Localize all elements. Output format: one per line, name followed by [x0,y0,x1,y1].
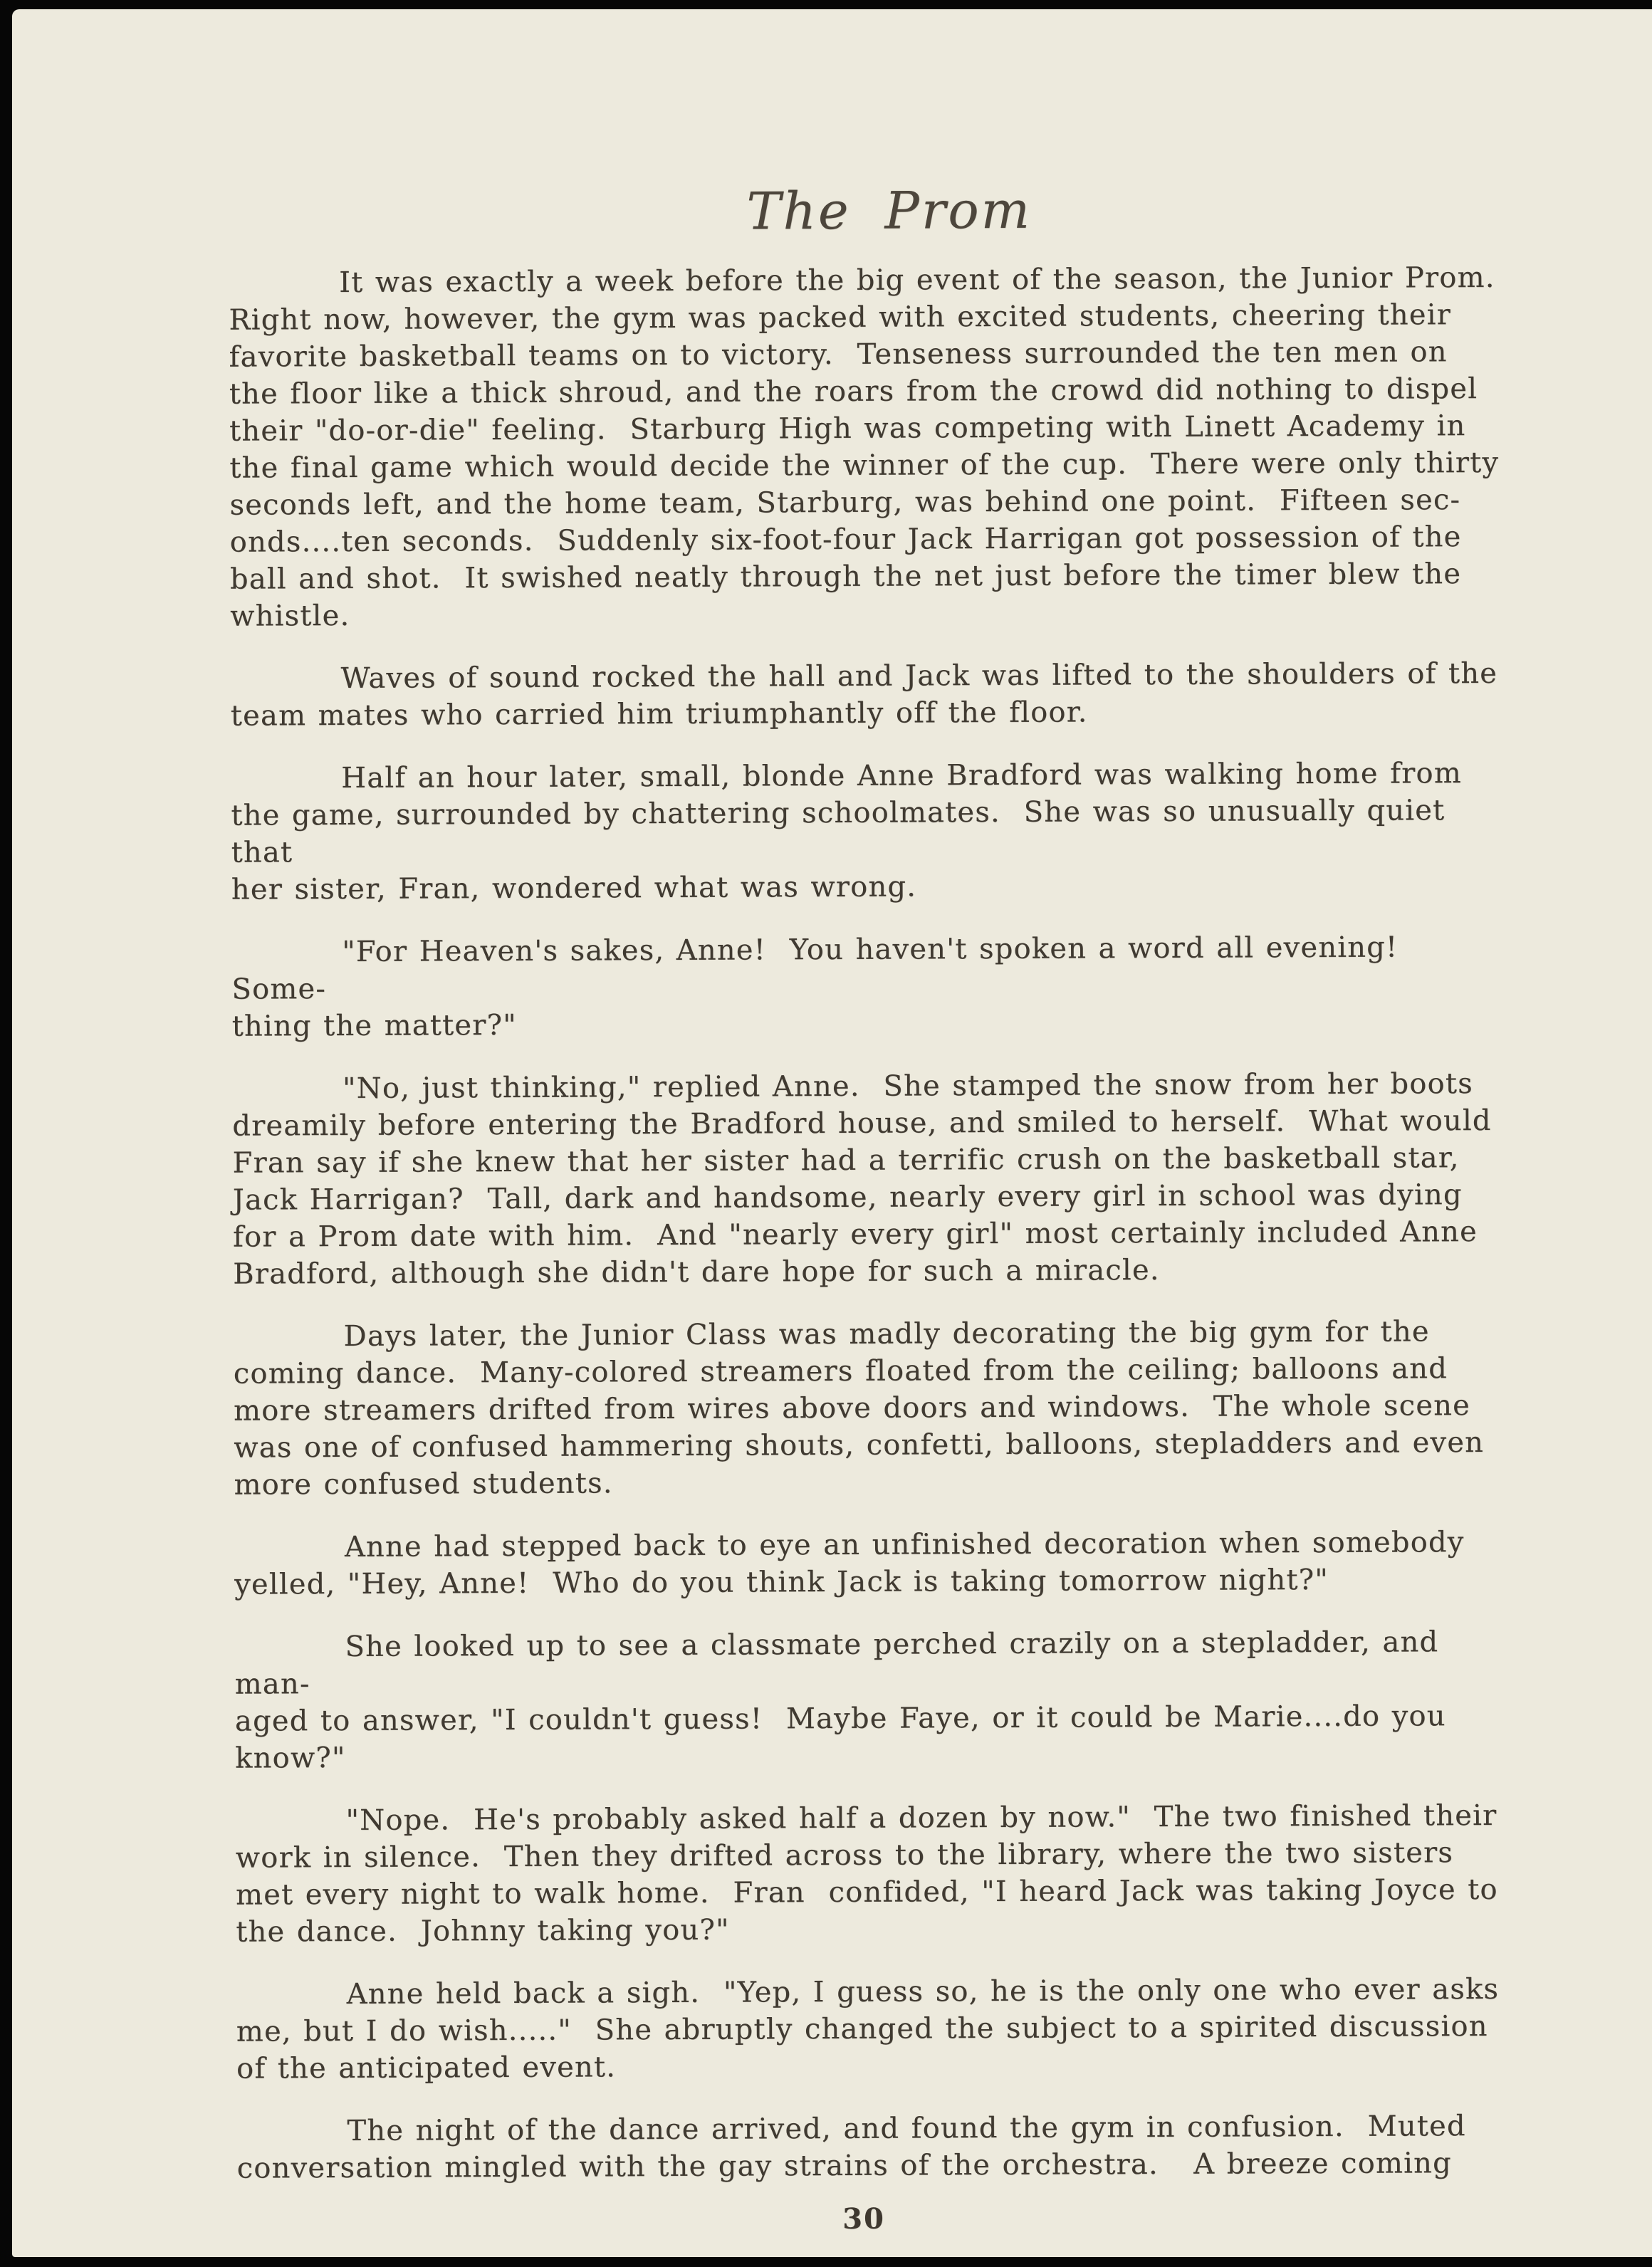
story-paragraph: She looked up to see a classmate perched… [234,1623,1510,1777]
story-paragraph: The night of the dance arrived, and foun… [236,2108,1511,2187]
story-paragraph: "Nope. He's probably asked half a dozen … [235,1797,1510,1951]
page-content: The Prom It was exactly a week before th… [12,9,1652,2257]
story-paragraph: It was exactly a week before the big eve… [229,259,1505,635]
scan-frame: The Prom It was exactly a week before th… [0,0,1652,2267]
scanned-page: The Prom It was exactly a week before th… [12,9,1652,2257]
story-paragraph: "For Heaven's sakes, Anne! You haven't s… [231,928,1507,1045]
story-paragraph: Half an hour later, small, blonde Anne B… [231,755,1506,909]
page-number: 30 [237,2199,1490,2239]
story-paragraph: Anne held back a sigh. "Yep, I guess so,… [236,1971,1512,2088]
story-paragraph: Waves of sound rocked the hall and Jack … [230,655,1505,735]
story-paragraph: Days later, the Junior Class was madly d… [234,1313,1509,1504]
story-title: The Prom [270,176,1509,246]
story-paragraph: "No, just thinking," replied Anne. She s… [232,1065,1507,1293]
story-body: It was exactly a week before the big eve… [229,259,1512,2213]
story-paragraph: Anne had stepped back to eye an unfinish… [234,1524,1509,1603]
